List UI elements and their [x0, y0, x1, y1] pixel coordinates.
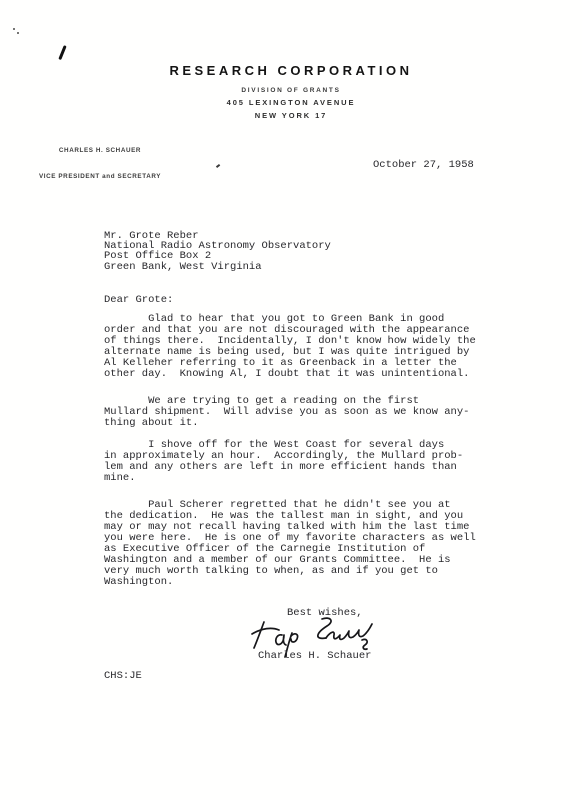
ink-tick	[216, 164, 220, 168]
ink-speck	[13, 28, 15, 30]
letterhead-division: DIVISION OF GRANTS	[0, 87, 582, 94]
ink-speck	[17, 32, 19, 34]
typist-reference: CHS:JE	[104, 671, 142, 682]
letter-page: RESEARCH CORPORATION DIVISION OF GRANTS …	[0, 0, 582, 800]
recipient-address: Mr. Grote Reber National Radio Astronomy…	[104, 231, 331, 272]
pen-mark	[58, 45, 66, 60]
body-paragraph-1: Glad to hear that you got to Green Bank …	[104, 314, 476, 380]
officer-title: VICE PRESIDENT and SECRETARY	[30, 173, 170, 182]
letterhead-officer-block: CHARLES H. SCHAUER VICE PRESIDENT and SE…	[30, 129, 170, 199]
letter-date: October 27, 1958	[373, 160, 474, 171]
salutation: Dear Grote:	[104, 295, 173, 306]
body-paragraph-4: Paul Scherer regretted that he didn't se…	[104, 500, 476, 588]
body-paragraph-2: We are trying to get a reading on the fi…	[104, 396, 469, 429]
letterhead-company: RESEARCH CORPORATION	[0, 63, 582, 78]
signed-name: Charles H. Schauer	[258, 651, 371, 662]
officer-name: CHARLES H. SCHAUER	[30, 147, 170, 156]
letterhead-city: NEW YORK 17	[0, 111, 582, 120]
letterhead-address: 405 LEXINGTON AVENUE	[0, 98, 582, 107]
body-paragraph-3: I shove off for the West Coast for sever…	[104, 440, 463, 484]
